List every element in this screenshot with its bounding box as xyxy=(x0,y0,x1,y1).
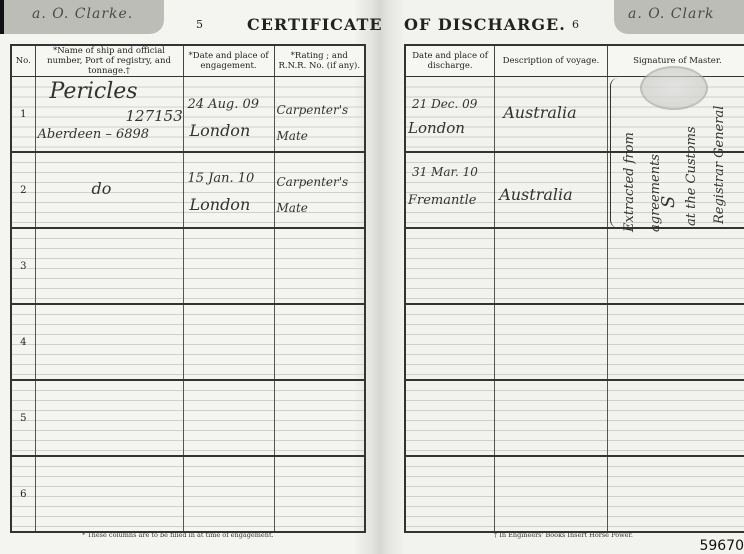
ship-name: Pericles xyxy=(50,79,138,104)
voyage-cell: Australia xyxy=(495,152,608,228)
voyage: Australia xyxy=(499,185,572,204)
row-number: 3 xyxy=(11,228,35,304)
voyage-cell: Australia xyxy=(495,77,608,153)
engagement-date: 24 Aug. 09 xyxy=(188,97,260,112)
engagement-cell xyxy=(183,456,274,532)
discharge-place: London xyxy=(408,119,465,137)
header-ship: *Name of ship and official number, Port … xyxy=(35,45,183,77)
ship-cell xyxy=(35,228,183,304)
signature-line-5: Registrar General xyxy=(712,106,727,224)
official-number: 127153 xyxy=(126,107,183,125)
ship-cell: do xyxy=(35,152,183,228)
engagement-cell xyxy=(183,380,274,456)
discharge-table: Date and place of discharge. Description… xyxy=(404,44,744,533)
rating-cell xyxy=(274,228,365,304)
header-no: No. xyxy=(11,45,35,77)
row-number: 2 xyxy=(11,152,35,228)
row-number: 4 xyxy=(11,304,35,380)
engagement-place: London xyxy=(190,121,251,140)
discharge-cell xyxy=(405,456,495,532)
table-row xyxy=(405,380,744,456)
table-header-row: No. *Name of ship and official number, P… xyxy=(11,45,365,77)
catalogue-number: 59670 xyxy=(699,538,744,554)
signature-cell xyxy=(607,380,744,456)
rating-cell: Carpenter's Mate xyxy=(274,152,365,228)
table-row: 6 xyxy=(11,456,365,532)
voyage-cell xyxy=(495,304,608,380)
footnote-right: † In Engineers' Books Insert Horse Power… xyxy=(494,531,633,539)
name-tab-left: a. O. Clarke. xyxy=(0,0,164,34)
ship-cell xyxy=(35,304,183,380)
engagement-cell xyxy=(183,304,274,380)
header-rating: *Rating ; and R.N.R. No. (if any). xyxy=(274,45,365,77)
ship-name: do xyxy=(92,179,112,198)
name-tab-right: a. O. Clark xyxy=(614,0,744,34)
voyage-cell xyxy=(495,228,608,304)
discharge-cell xyxy=(405,304,495,380)
header-engagement: *Date and place of engagement. xyxy=(183,45,274,77)
row-number: 5 xyxy=(11,380,35,456)
engagement-place: London xyxy=(190,195,251,214)
official-stamp-icon xyxy=(640,66,708,110)
table-row xyxy=(405,228,744,304)
row-number: 1 xyxy=(11,77,35,153)
ship-cell: Pericles 127153 Aberdeen – 6898 xyxy=(35,77,183,153)
port-tonnage: Aberdeen – 6898 xyxy=(38,127,150,142)
discharge-date: 21 Dec. 09 xyxy=(412,97,477,111)
voyage-cell xyxy=(495,380,608,456)
signature-cell xyxy=(607,304,744,380)
page-number-right: 6 xyxy=(572,18,579,31)
rating: Carpenter's Mate xyxy=(277,169,365,221)
row-number: 6 xyxy=(11,456,35,532)
discharge-date: 31 Mar. 10 xyxy=(412,165,478,179)
signature-line-2: agreements xyxy=(648,154,663,232)
ship-cell xyxy=(35,380,183,456)
engagement-date: 15 Jan. 10 xyxy=(188,171,255,186)
footnote-left: * These columns are to be filled in at t… xyxy=(82,531,274,539)
title-left: CERTIFICATE xyxy=(247,15,383,34)
table-row: 4 xyxy=(11,304,365,380)
table-row: 5 xyxy=(11,380,365,456)
signature-line-3: S xyxy=(658,196,679,208)
table-row: 3 xyxy=(11,228,365,304)
engagement-cell: 15 Jan. 10 London xyxy=(183,152,274,228)
rating-cell: Carpenter's Mate xyxy=(274,77,365,153)
voyage: Australia xyxy=(503,103,576,122)
engagement-table: No. *Name of ship and official number, P… xyxy=(10,44,366,533)
discharge-cell: 31 Mar. 10 Fremantle xyxy=(405,152,495,228)
rating-cell xyxy=(274,456,365,532)
header-voyage: Description of voyage. xyxy=(495,45,608,77)
discharge-cell xyxy=(405,228,495,304)
rating-cell xyxy=(274,380,365,456)
signature-cell xyxy=(607,228,744,304)
rating-cell xyxy=(274,304,365,380)
discharge-place: Fremantle xyxy=(408,193,476,208)
table-row: 2 do 15 Jan. 10 London Carpenter's Mate xyxy=(11,152,365,228)
signature-brace xyxy=(610,78,619,228)
table-row xyxy=(405,456,744,532)
discharge-cell xyxy=(405,380,495,456)
signature-cell xyxy=(607,456,744,532)
discharge-cell: 21 Dec. 09 London xyxy=(405,77,495,153)
ship-cell xyxy=(35,456,183,532)
page-number-left: 5 xyxy=(196,18,203,31)
header-discharge: Date and place of discharge. xyxy=(405,45,495,77)
table-row xyxy=(405,304,744,380)
signature-line-4: at the Customs xyxy=(684,126,699,226)
title-right: OF DISCHARGE. xyxy=(404,15,566,34)
table-row: 1 Pericles 127153 Aberdeen – 6898 24 Aug… xyxy=(11,77,365,153)
engagement-cell xyxy=(183,228,274,304)
rating: Carpenter's Mate xyxy=(277,97,365,149)
engagement-cell: 24 Aug. 09 London xyxy=(183,77,274,153)
voyage-cell xyxy=(495,456,608,532)
signature-line-1: Extracted from xyxy=(622,132,637,232)
